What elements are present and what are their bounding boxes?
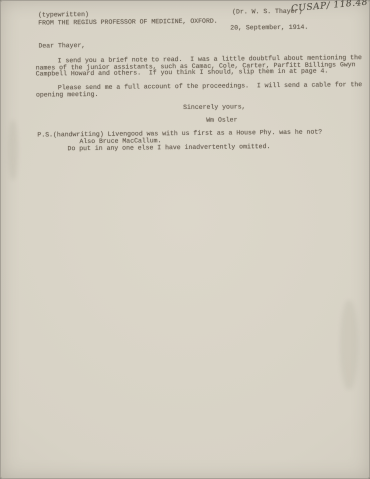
recipient-note: (Dr. W. S. Thayer) xyxy=(232,9,302,16)
body-paragraph-2: Please send me a full account of the pro… xyxy=(36,82,366,99)
postscript-line-3: Do put in any one else I have inadverten… xyxy=(68,144,271,153)
date-line: 20, September, 1914. xyxy=(230,25,308,32)
salutation: Dear Thayer, xyxy=(38,43,85,50)
scanned-letter-page: CUSAP/ 118.48 (typewritten) FROM THE REG… xyxy=(0,0,370,479)
scan-smudge-right xyxy=(340,300,358,390)
typewritten-note: (typewritten) xyxy=(38,12,89,19)
signature: Wm Osler xyxy=(206,117,237,124)
scan-smudge-left xyxy=(8,120,18,180)
sender-letterhead-line: FROM THE REGIUS PROFESSOR OF MEDICINE, O… xyxy=(38,19,217,27)
body-paragraph-1: I send you a brief note to read. I was a… xyxy=(36,55,366,78)
closing-line: Sincerely yours, xyxy=(183,104,245,111)
letter-content: (typewritten) FROM THE REGIUS PROFESSOR … xyxy=(0,0,370,479)
